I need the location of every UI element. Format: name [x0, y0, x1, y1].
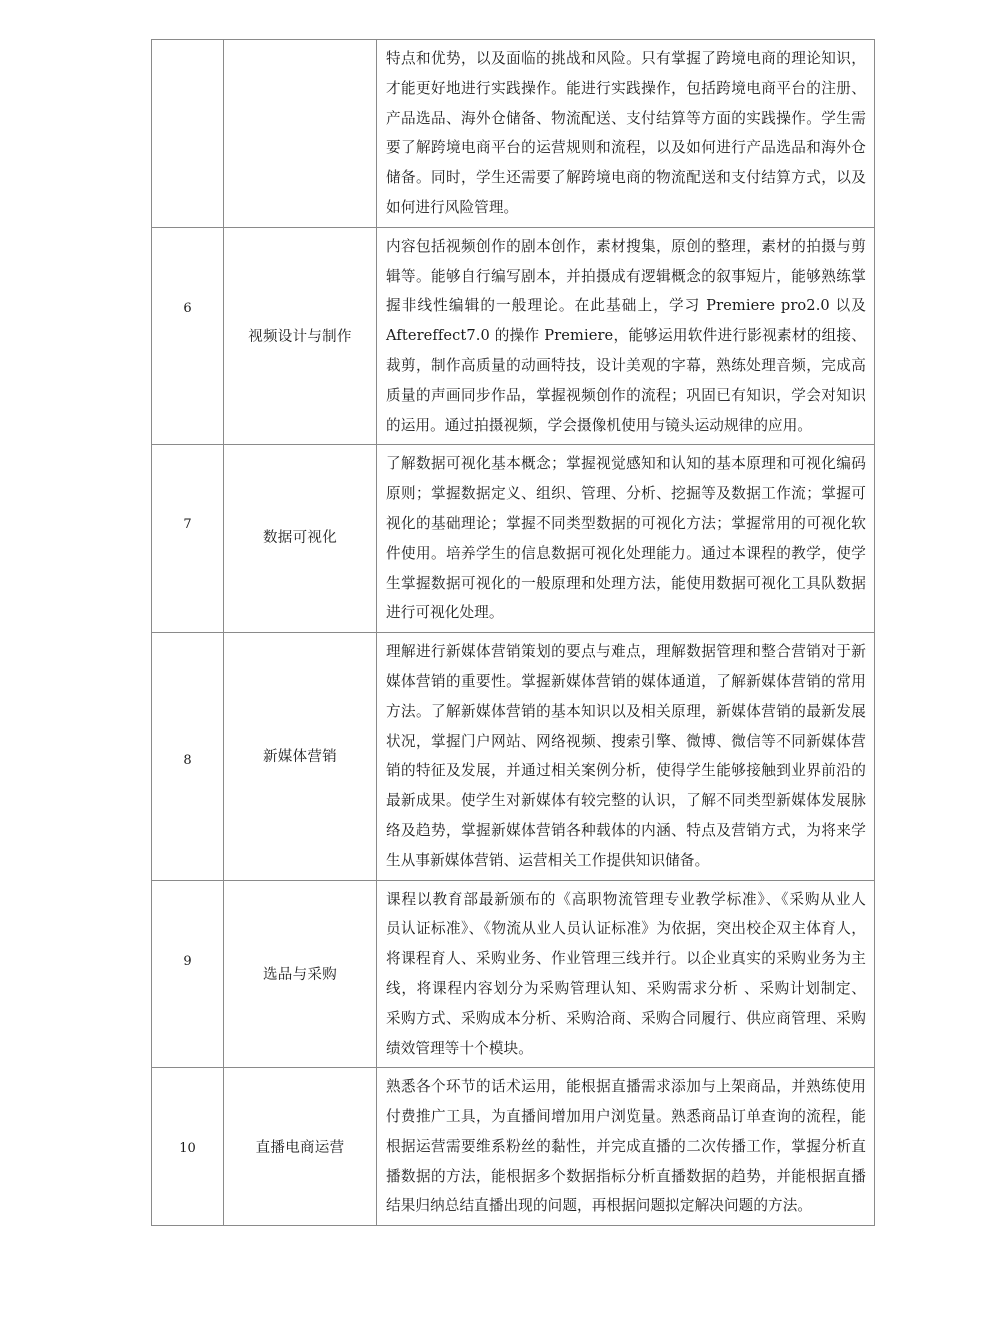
course-description: 了解数据可视化基本概念；掌握视觉感知和认知的基本原理和可视化编码 原则；掌握数据…: [377, 445, 874, 632]
description-line: 熟悉各个环节的话术运用，能根据直播需求添加与上架商品，并熟练使用: [386, 1072, 866, 1102]
description-line: 才能更好地进行实践操作。能进行实践操作，包括跨境电商平台的注册、: [386, 74, 866, 104]
course-description-cell: 课程以教育部最新颁布的《高职物流管理专业教学标准》、《采购从业人 员认证标准》、…: [377, 880, 875, 1068]
document-page: 特点和优势，以及面临的挑战和风险。只有掌握了跨境电商的理论知识， 才能更好地进行…: [0, 0, 1000, 1333]
course-number-cell: 8: [152, 633, 224, 880]
description-line: 的运用。通过拍摄视频，学会摄像机使用与镜头运动规律的应用。: [386, 411, 866, 441]
description-line: Aftereffect7.0 的操作 Premiere，能够运用软件进行影视素材…: [386, 321, 866, 351]
course-name: 直播电商运营: [224, 1140, 376, 1156]
description-line: 内容包括视频创作的剧本创作，素材搜集，原创的整理，素材的拍摄与剪: [386, 232, 866, 262]
description-line: 如何进行风险管理。: [386, 193, 866, 223]
description-line: 采购方式、采购成本分析、采购洽商、采购合同履行、供应商管理、采购: [386, 1004, 866, 1034]
course-number-cell: 10: [152, 1068, 224, 1226]
course-name-cell: [224, 40, 377, 228]
description-line: 付费推广工具，为直播间增加用户浏览量。熟悉商品订单查询的流程，能: [386, 1102, 866, 1132]
description-line: 进行可视化处理。: [386, 598, 866, 628]
course-number-cell: 6: [152, 227, 224, 445]
table-row: 9 选品与采购 课程以教育部最新颁布的《高职物流管理专业教学标准》、《采购从业人…: [152, 880, 875, 1068]
description-line: 要了解跨境电商平台的运营规则和流程，以及如何进行产品选品和海外仓: [386, 133, 866, 163]
table-row: 8 新媒体营销 理解进行新媒体营销策划的要点与难点，理解数据管理和整合营销对于新…: [152, 633, 875, 880]
description-line: 原则；掌握数据定义、组织、管理、分析、挖掘等及数据工作流；掌握可: [386, 479, 866, 509]
course-description-cell: 了解数据可视化基本概念；掌握视觉感知和认知的基本原理和可视化编码 原则；掌握数据…: [377, 445, 875, 633]
description-line: 最新成果。使学生对新媒体有较完整的认识，了解不同类型新媒体发展脉: [386, 786, 866, 816]
description-line: 生掌握数据可视化的一般原理和处理方法，能使用数据可视化工具队数据: [386, 569, 866, 599]
description-line: 储备。同时，学生还需要了解跨境电商的物流配送和支付结算方式，以及: [386, 163, 866, 193]
description-line: 辑等。能够自行编写剧本，并拍摄成有逻辑概念的叙事短片，能够熟练掌: [386, 262, 866, 292]
course-name: 选品与采购: [224, 967, 376, 983]
description-line: 课程以教育部最新颁布的《高职物流管理专业教学标准》、《采购从业人: [386, 885, 866, 915]
description-line: 线，将课程内容划分为采购管理认知、采购需求分析 、采购计划制定、: [386, 974, 866, 1004]
course-name-cell: 视频设计与制作: [224, 227, 377, 445]
course-description-cell: 理解进行新媒体营销策划的要点与难点，理解数据管理和整合营销对于新 媒体营销的重要…: [377, 633, 875, 880]
description-line: 视化的基础理论；掌握不同类型数据的可视化方法；掌握常用的可视化软: [386, 509, 866, 539]
course-name: 新媒体营销: [224, 749, 376, 765]
description-line: 结果归纳总结直播出现的问题，再根据问题拟定解决问题的方法。: [386, 1191, 866, 1221]
description-line: 员认证标准》、《物流从业人员认证标准》为依据，突出校企双主体育人，: [386, 914, 866, 944]
description-line: 裁剪，制作高质量的动画特技，设计美观的字幕，熟练处理音频，完成高: [386, 351, 866, 381]
course-description: 特点和优势，以及面临的挑战和风险。只有掌握了跨境电商的理论知识， 才能更好地进行…: [377, 40, 874, 227]
course-name-cell: 直播电商运营: [224, 1068, 377, 1226]
description-line: 根据运营需要维系粉丝的黏性，并完成直播的二次传播工作，掌握分析直: [386, 1132, 866, 1162]
course-number-cell: 7: [152, 445, 224, 633]
description-line: 络及趋势，掌握新媒体营销各种载体的内涵、特点及营销方式，为将来学: [386, 816, 866, 846]
course-number: 9: [152, 954, 223, 970]
description-line: 状况，掌握门户网站、网络视频、搜索引擎、微博、微信等不同新媒体营: [386, 727, 866, 757]
table-row: 特点和优势，以及面临的挑战和风险。只有掌握了跨境电商的理论知识， 才能更好地进行…: [152, 40, 875, 228]
course-number-cell: [152, 40, 224, 228]
description-line: 了解数据可视化基本概念；掌握视觉感知和认知的基本原理和可视化编码: [386, 449, 866, 479]
description-line: 特点和优势，以及面临的挑战和风险。只有掌握了跨境电商的理论知识，: [386, 44, 866, 74]
description-line: 产品选品、海外仓储备、物流配送、支付结算等方面的实践操作。学生需: [386, 104, 866, 134]
description-line: 质量的声画同步作品，掌握视频创作的流程；巩固已有知识，学会对知识: [386, 381, 866, 411]
course-number: 6: [152, 301, 223, 317]
description-line: 媒体营销的重要性。掌握新媒体营销的媒体通道，了解新媒体营销的常用: [386, 667, 866, 697]
description-line: 理解进行新媒体营销策划的要点与难点，理解数据管理和整合营销对于新: [386, 637, 866, 667]
course-number: 10: [152, 1141, 223, 1157]
course-description: 内容包括视频创作的剧本创作，素材搜集，原创的整理，素材的拍摄与剪 辑等。能够自行…: [377, 228, 874, 445]
table-row: 6 视频设计与制作 内容包括视频创作的剧本创作，素材搜集，原创的整理，素材的拍摄…: [152, 227, 875, 445]
description-line: 方法。了解新媒体营销的基本知识以及相关原理，新媒体营销的最新发展: [386, 697, 866, 727]
description-line: 件使用。培养学生的信息数据可视化处理能力。通过本课程的教学，使学: [386, 539, 866, 569]
course-name-cell: 选品与采购: [224, 880, 377, 1068]
description-line: 将课程育人、采购业务、作业管理三线并行。以企业真实的采购业务为主: [386, 944, 866, 974]
course-number-cell: 9: [152, 880, 224, 1068]
course-name-cell: 新媒体营销: [224, 633, 377, 880]
course-table: 特点和优势，以及面临的挑战和风险。只有掌握了跨境电商的理论知识， 才能更好地进行…: [151, 39, 875, 1226]
table-row: 10 直播电商运营 熟悉各个环节的话术运用，能根据直播需求添加与上架商品，并熟练…: [152, 1068, 875, 1226]
course-description-cell: 特点和优势，以及面临的挑战和风险。只有掌握了跨境电商的理论知识， 才能更好地进行…: [377, 40, 875, 228]
course-name-cell: 数据可视化: [224, 445, 377, 633]
course-name: 数据可视化: [224, 530, 376, 546]
course-description: 课程以教育部最新颁布的《高职物流管理专业教学标准》、《采购从业人 员认证标准》、…: [377, 881, 874, 1068]
description-line: 绩效管理等十个模块。: [386, 1034, 866, 1064]
course-number: 8: [152, 753, 223, 769]
course-description-cell: 内容包括视频创作的剧本创作，素材搜集，原创的整理，素材的拍摄与剪 辑等。能够自行…: [377, 227, 875, 445]
description-line: 握非线性编辑的一般理论。在此基础上，学习 Premiere pro2.0 以及: [386, 291, 866, 321]
table-row: 7 数据可视化 了解数据可视化基本概念；掌握视觉感知和认知的基本原理和可视化编码…: [152, 445, 875, 633]
course-description: 熟悉各个环节的话术运用，能根据直播需求添加与上架商品，并熟练使用 付费推广工具，…: [377, 1068, 874, 1225]
description-line: 播数据的方法，能根据多个数据指标分析直播数据的趋势，并能根据直播: [386, 1162, 866, 1192]
description-line: 生从事新媒体营销、运营相关工作提供知识储备。: [386, 846, 866, 876]
course-number: 7: [152, 517, 223, 533]
course-description: 理解进行新媒体营销策划的要点与难点，理解数据管理和整合营销对于新 媒体营销的重要…: [377, 633, 874, 879]
course-description-cell: 熟悉各个环节的话术运用，能根据直播需求添加与上架商品，并熟练使用 付费推广工具，…: [377, 1068, 875, 1226]
description-line: 销的特征及发展，并通过相关案例分析，使得学生能够接触到业界前沿的: [386, 756, 866, 786]
course-name: 视频设计与制作: [224, 329, 376, 345]
